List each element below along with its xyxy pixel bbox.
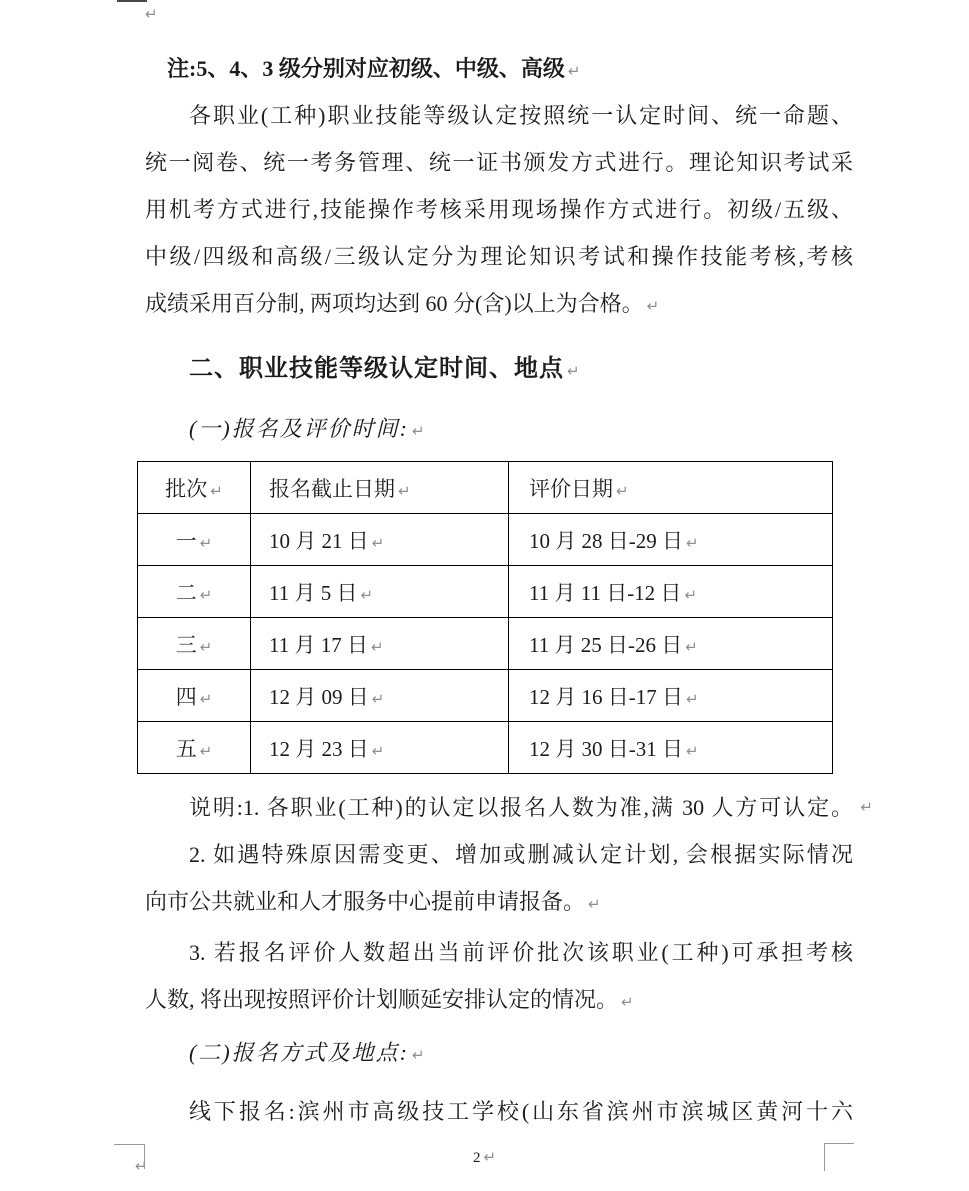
subsection-heading-text: (一)报名及评价时间: — [189, 416, 409, 441]
explanation-text: 向市公共就业和人才服务中心提前申请报备。 — [145, 889, 585, 914]
subsection-heading-text: (二)报名方式及地点: — [189, 1040, 409, 1065]
table-row: 一↵ 10 月 21 日↵ 10 月 28 日-29 日↵ — [138, 514, 833, 566]
body-paragraph-line: 线下报名:滨州市高级技工学校(山东省滨州市滨城区黄河十六 — [145, 1088, 853, 1135]
paragraph-mark-icon: ↵ — [686, 742, 699, 760]
paragraph-text: 线下报名:滨州市高级技工学校(山东省滨州市滨城区黄河十六 — [189, 1099, 853, 1124]
paragraph-mark-icon: ↵ — [647, 297, 660, 315]
note-line: 注:5、4、3 级分别对应初级、中级、高级↵ — [145, 45, 853, 92]
header-text: 报名截止日期 — [269, 477, 395, 501]
page-number: 2 — [473, 1150, 481, 1166]
paragraph-mark-icon: ↵ — [135, 1157, 148, 1175]
subsection-heading: (二)报名方式及地点:↵ — [145, 1029, 853, 1076]
paragraph-mark-icon: ↵ — [616, 482, 629, 500]
paragraph-mark-icon: ↵ — [372, 742, 385, 760]
table-row: 二↵ 11 月 5 日↵ 11 月 11 日-12 日↵ — [138, 566, 833, 618]
table-cell: 11 月 5 日↵ — [251, 566, 509, 618]
paragraph-mark-icon: ↵ — [684, 586, 697, 604]
cell-text: 二 — [176, 581, 197, 605]
table-cell: 五↵ — [138, 722, 251, 774]
text-boundary-mark-bottom-left: ↵ — [114, 1144, 145, 1169]
paragraph-mark-icon: ↵ — [200, 690, 213, 708]
cell-text: 一 — [176, 529, 197, 553]
empty-paragraph-line — [145, 0, 853, 45]
paragraph-mark-icon: ↵ — [412, 422, 427, 440]
body-paragraph-line: 中级/四级和高级/三级认定分为理论知识考试和操作技能考核,考核 — [145, 233, 853, 280]
table-cell: 12 月 23 日↵ — [251, 722, 509, 774]
cell-text: 12 月 23 日 — [269, 737, 369, 761]
table-cell: 二↵ — [138, 566, 251, 618]
paragraph-text: 中级/四级和高级/三级认定分为理论知识考试和操作技能考核,考核 — [145, 244, 853, 269]
table-header-cell: 报名截止日期↵ — [251, 462, 509, 514]
table-cell: 四↵ — [138, 670, 251, 722]
explanation-text: 人数, 将出现按照评价计划顺延安排认定的情况。 — [145, 987, 618, 1012]
explanation-line: 2. 如遇特殊原因需变更、增加或删减认定计划, 会根据实际情况 — [145, 831, 853, 878]
body-paragraph-line: 统一阅卷、统一考务管理、统一证书颁发方式进行。理论知识考试采 — [145, 139, 853, 186]
paragraph-mark-icon: ↵ — [588, 895, 601, 913]
cell-text: 10 月 21 日 — [269, 529, 369, 553]
table-row: 三↵ 11 月 17 日↵ 11 月 25 日-26 日↵ — [138, 618, 833, 670]
cell-text: 12 月 16 日-17 日 — [529, 685, 683, 709]
explanation-line: 人数, 将出现按照评价计划顺延安排认定的情况。↵ — [145, 976, 853, 1023]
paragraph-mark-icon: ↵ — [200, 742, 213, 760]
cell-text: 11 月 25 日-26 日 — [529, 633, 682, 657]
text-boundary-mark-bottom-right — [824, 1143, 854, 1171]
note-line-text: 注:5、4、3 级分别对应初级、中级、高级 — [167, 56, 565, 81]
table-header-cell: 批次↵ — [138, 462, 251, 514]
table-cell: 三↵ — [138, 618, 251, 670]
paragraph-text: 各职业(工种)职业技能等级认定按照统一认定时间、统一命题、 — [189, 103, 853, 128]
body-paragraph-line: 成绩采用百分制, 两项均达到 60 分(含)以上为合格。↵ — [145, 280, 853, 327]
cell-text: 11 月 17 日 — [269, 633, 368, 657]
cell-text: 12 月 30 日-31 日 — [529, 737, 683, 761]
table-cell: 12 月 16 日-17 日↵ — [509, 670, 833, 722]
table-header-row: 批次↵ 报名截止日期↵ 评价日期↵ — [138, 462, 833, 514]
explanation-line: 3. 若报名评价人数超出当前评价批次该职业(工种)可承担考核 — [145, 929, 853, 976]
explanation-text: 2. 如遇特殊原因需变更、增加或删减认定计划, 会根据实际情况 — [189, 842, 853, 867]
paragraph-mark-icon: ↵ — [568, 62, 581, 80]
body-paragraph-line: 各职业(工种)职业技能等级认定按照统一认定时间、统一命题、 — [145, 92, 853, 139]
paragraph-text: 成绩采用百分制, 两项均达到 60 分(含)以上为合格。 — [145, 291, 644, 316]
body-paragraph-line: 用机考方式进行,技能操作考核采用现场操作方式进行。初级/五级、 — [145, 186, 853, 233]
table-cell: 11 月 25 日-26 日↵ — [509, 618, 833, 670]
paragraph-mark-icon: ↵ — [686, 690, 699, 708]
paragraph-mark-icon: ↵ — [483, 1148, 496, 1166]
paragraph-mark-icon: ↵ — [360, 586, 373, 604]
paragraph-mark-icon: ↵ — [210, 482, 223, 500]
paragraph-mark-icon: ↵ — [686, 534, 699, 552]
explanation-text: 说明:1. 各职业(工种)的认定以报名人数为准,满 30 人方可认定。 — [189, 795, 853, 820]
top-boundary-tick — [117, 0, 147, 2]
table-cell: 一↵ — [138, 514, 251, 566]
explanation-line: 向市公共就业和人才服务中心提前申请报备。↵ — [145, 878, 853, 925]
header-text: 评价日期 — [529, 477, 613, 501]
paragraph-text: 统一阅卷、统一考务管理、统一证书颁发方式进行。理论知识考试采 — [145, 150, 853, 175]
table-row: 五↵ 12 月 23 日↵ 12 月 30 日-31 日↵ — [138, 722, 833, 774]
text-column: 注:5、4、3 级分别对应初级、中级、高级↵ 各职业(工种)职业技能等级认定按照… — [145, 0, 853, 1135]
paragraph-mark-icon: ↵ — [372, 534, 385, 552]
schedule-table-wrapper: 批次↵ 报名截止日期↵ 评价日期↵ 一↵ 10 月 21 日↵ 10 月 28 … — [137, 461, 853, 774]
header-text: 批次 — [165, 477, 207, 501]
explanation-line: 说明:1. 各职业(工种)的认定以报名人数为准,满 30 人方可认定。↵ — [145, 784, 853, 831]
section-heading: 二、职业技能等级认定时间、地点↵ — [145, 341, 853, 397]
cell-text: 11 月 11 日-12 日 — [529, 581, 681, 605]
table-cell: 12 月 30 日-31 日↵ — [509, 722, 833, 774]
cell-text: 11 月 5 日 — [269, 581, 357, 605]
paragraph-mark-icon: ↵ — [371, 638, 384, 656]
table-cell: 10 月 28 日-29 日↵ — [509, 514, 833, 566]
paragraph-mark-icon: ↵ — [685, 638, 698, 656]
cell-text: 四 — [176, 685, 197, 709]
section-heading-text: 二、职业技能等级认定时间、地点 — [189, 355, 564, 382]
cell-text: 10 月 28 日-29 日 — [529, 529, 683, 553]
paragraph-text: 用机考方式进行,技能操作考核采用现场操作方式进行。初级/五级、 — [145, 197, 853, 222]
table-cell: 11 月 17 日↵ — [251, 618, 509, 670]
table-cell: 11 月 11 日-12 日↵ — [509, 566, 833, 618]
paragraph-mark-icon: ↵ — [200, 534, 213, 552]
paragraph-mark-icon: ↵ — [860, 784, 873, 831]
table-row: 四↵ 12 月 09 日↵ 12 月 16 日-17 日↵ — [138, 670, 833, 722]
cell-text: 五 — [176, 737, 197, 761]
paragraph-mark-icon: ↵ — [398, 482, 411, 500]
table-cell: 10 月 21 日↵ — [251, 514, 509, 566]
subsection-heading: (一)报名及评价时间:↵ — [145, 405, 853, 452]
cell-text: 12 月 09 日 — [269, 685, 369, 709]
paragraph-mark-icon: ↵ — [372, 690, 385, 708]
paragraph-mark-icon: ↵ — [567, 362, 581, 380]
paragraph-mark-icon: ↵ — [621, 993, 634, 1011]
schedule-table: 批次↵ 报名截止日期↵ 评价日期↵ 一↵ 10 月 21 日↵ 10 月 28 … — [137, 461, 833, 774]
table-cell: 12 月 09 日↵ — [251, 670, 509, 722]
document-page: ↵ 注:5、4、3 级分别对应初级、中级、高级↵ 各职业(工种)职业技能等级认定… — [0, 0, 969, 1191]
paragraph-mark-icon: ↵ — [200, 638, 213, 656]
table-header-cell: 评价日期↵ — [509, 462, 833, 514]
cell-text: 三 — [176, 633, 197, 657]
paragraph-mark-icon: ↵ — [200, 586, 213, 604]
paragraph-mark-icon: ↵ — [412, 1046, 427, 1064]
explanation-text: 3. 若报名评价人数超出当前评价批次该职业(工种)可承担考核 — [189, 940, 853, 965]
